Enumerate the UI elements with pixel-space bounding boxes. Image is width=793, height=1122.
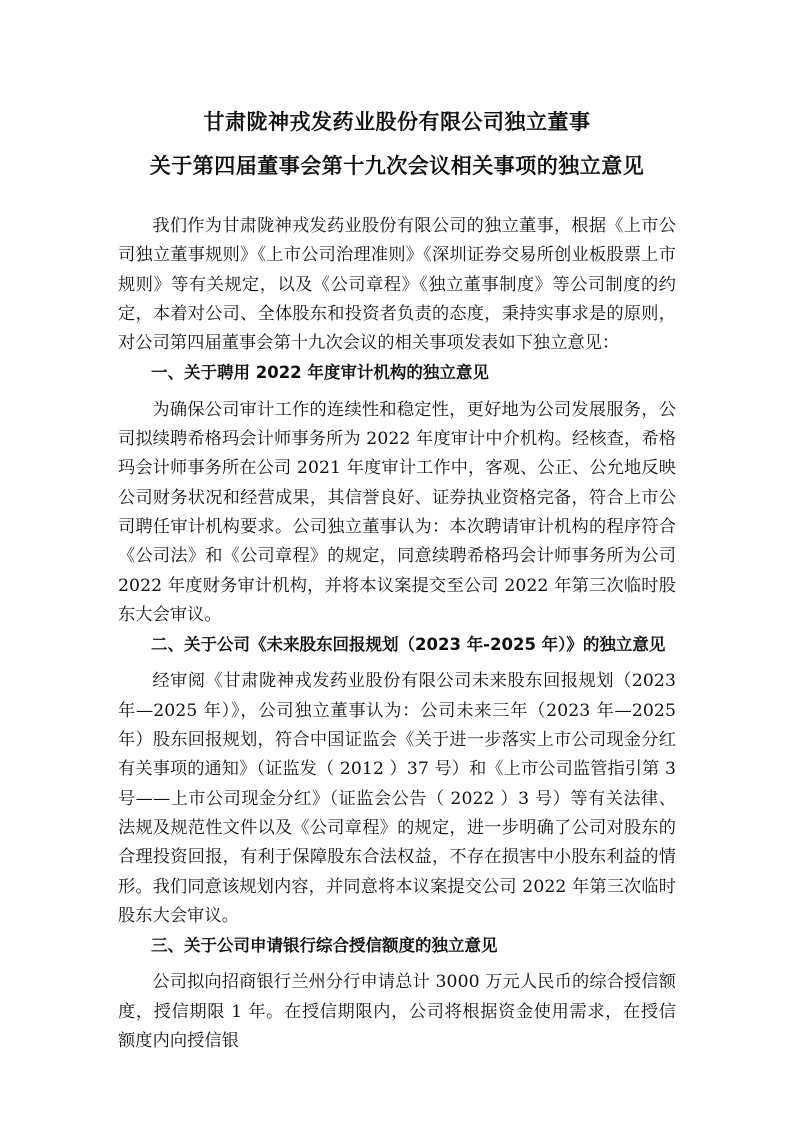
document-body: 我们作为甘肃陇神戎发药业股份有限公司的独立董事，根据《上市公司独立董事规则》《上… (118, 212, 676, 1056)
section-heading-2: 二、关于公司《未来股东回报规划（2023 年-2025 年）》的独立意见 (118, 630, 676, 659)
intro-paragraph: 我们作为甘肃陇神戎发药业股份有限公司的独立董事，根据《上市公司独立董事规则》《上… (118, 212, 676, 358)
document-title-line1: 甘肃陇神戎发药业股份有限公司独立董事 (118, 106, 676, 136)
section-heading-1: 一、关于聘用 2022 年度审计机构的独立意见 (118, 358, 676, 387)
section-body-3: 公司拟向招商银行兰州分行申请总计 3000 万元人民币的综合授信额度，授信期限 … (118, 968, 676, 1056)
document-title-line2: 关于第四届董事会第十九次会议相关事项的独立意见 (118, 150, 676, 180)
section-heading-3: 三、关于公司申请银行综合授信额度的独立意见 (118, 931, 676, 960)
section-body-2: 经审阅《甘肃陇神戎发药业股份有限公司未来股东回报规划（2023 年—2025 年… (118, 667, 676, 931)
section-body-1: 为确保公司审计工作的连续性和稳定性，更好地为公司发展服务，公司拟续聘希格玛会计师… (118, 396, 676, 630)
